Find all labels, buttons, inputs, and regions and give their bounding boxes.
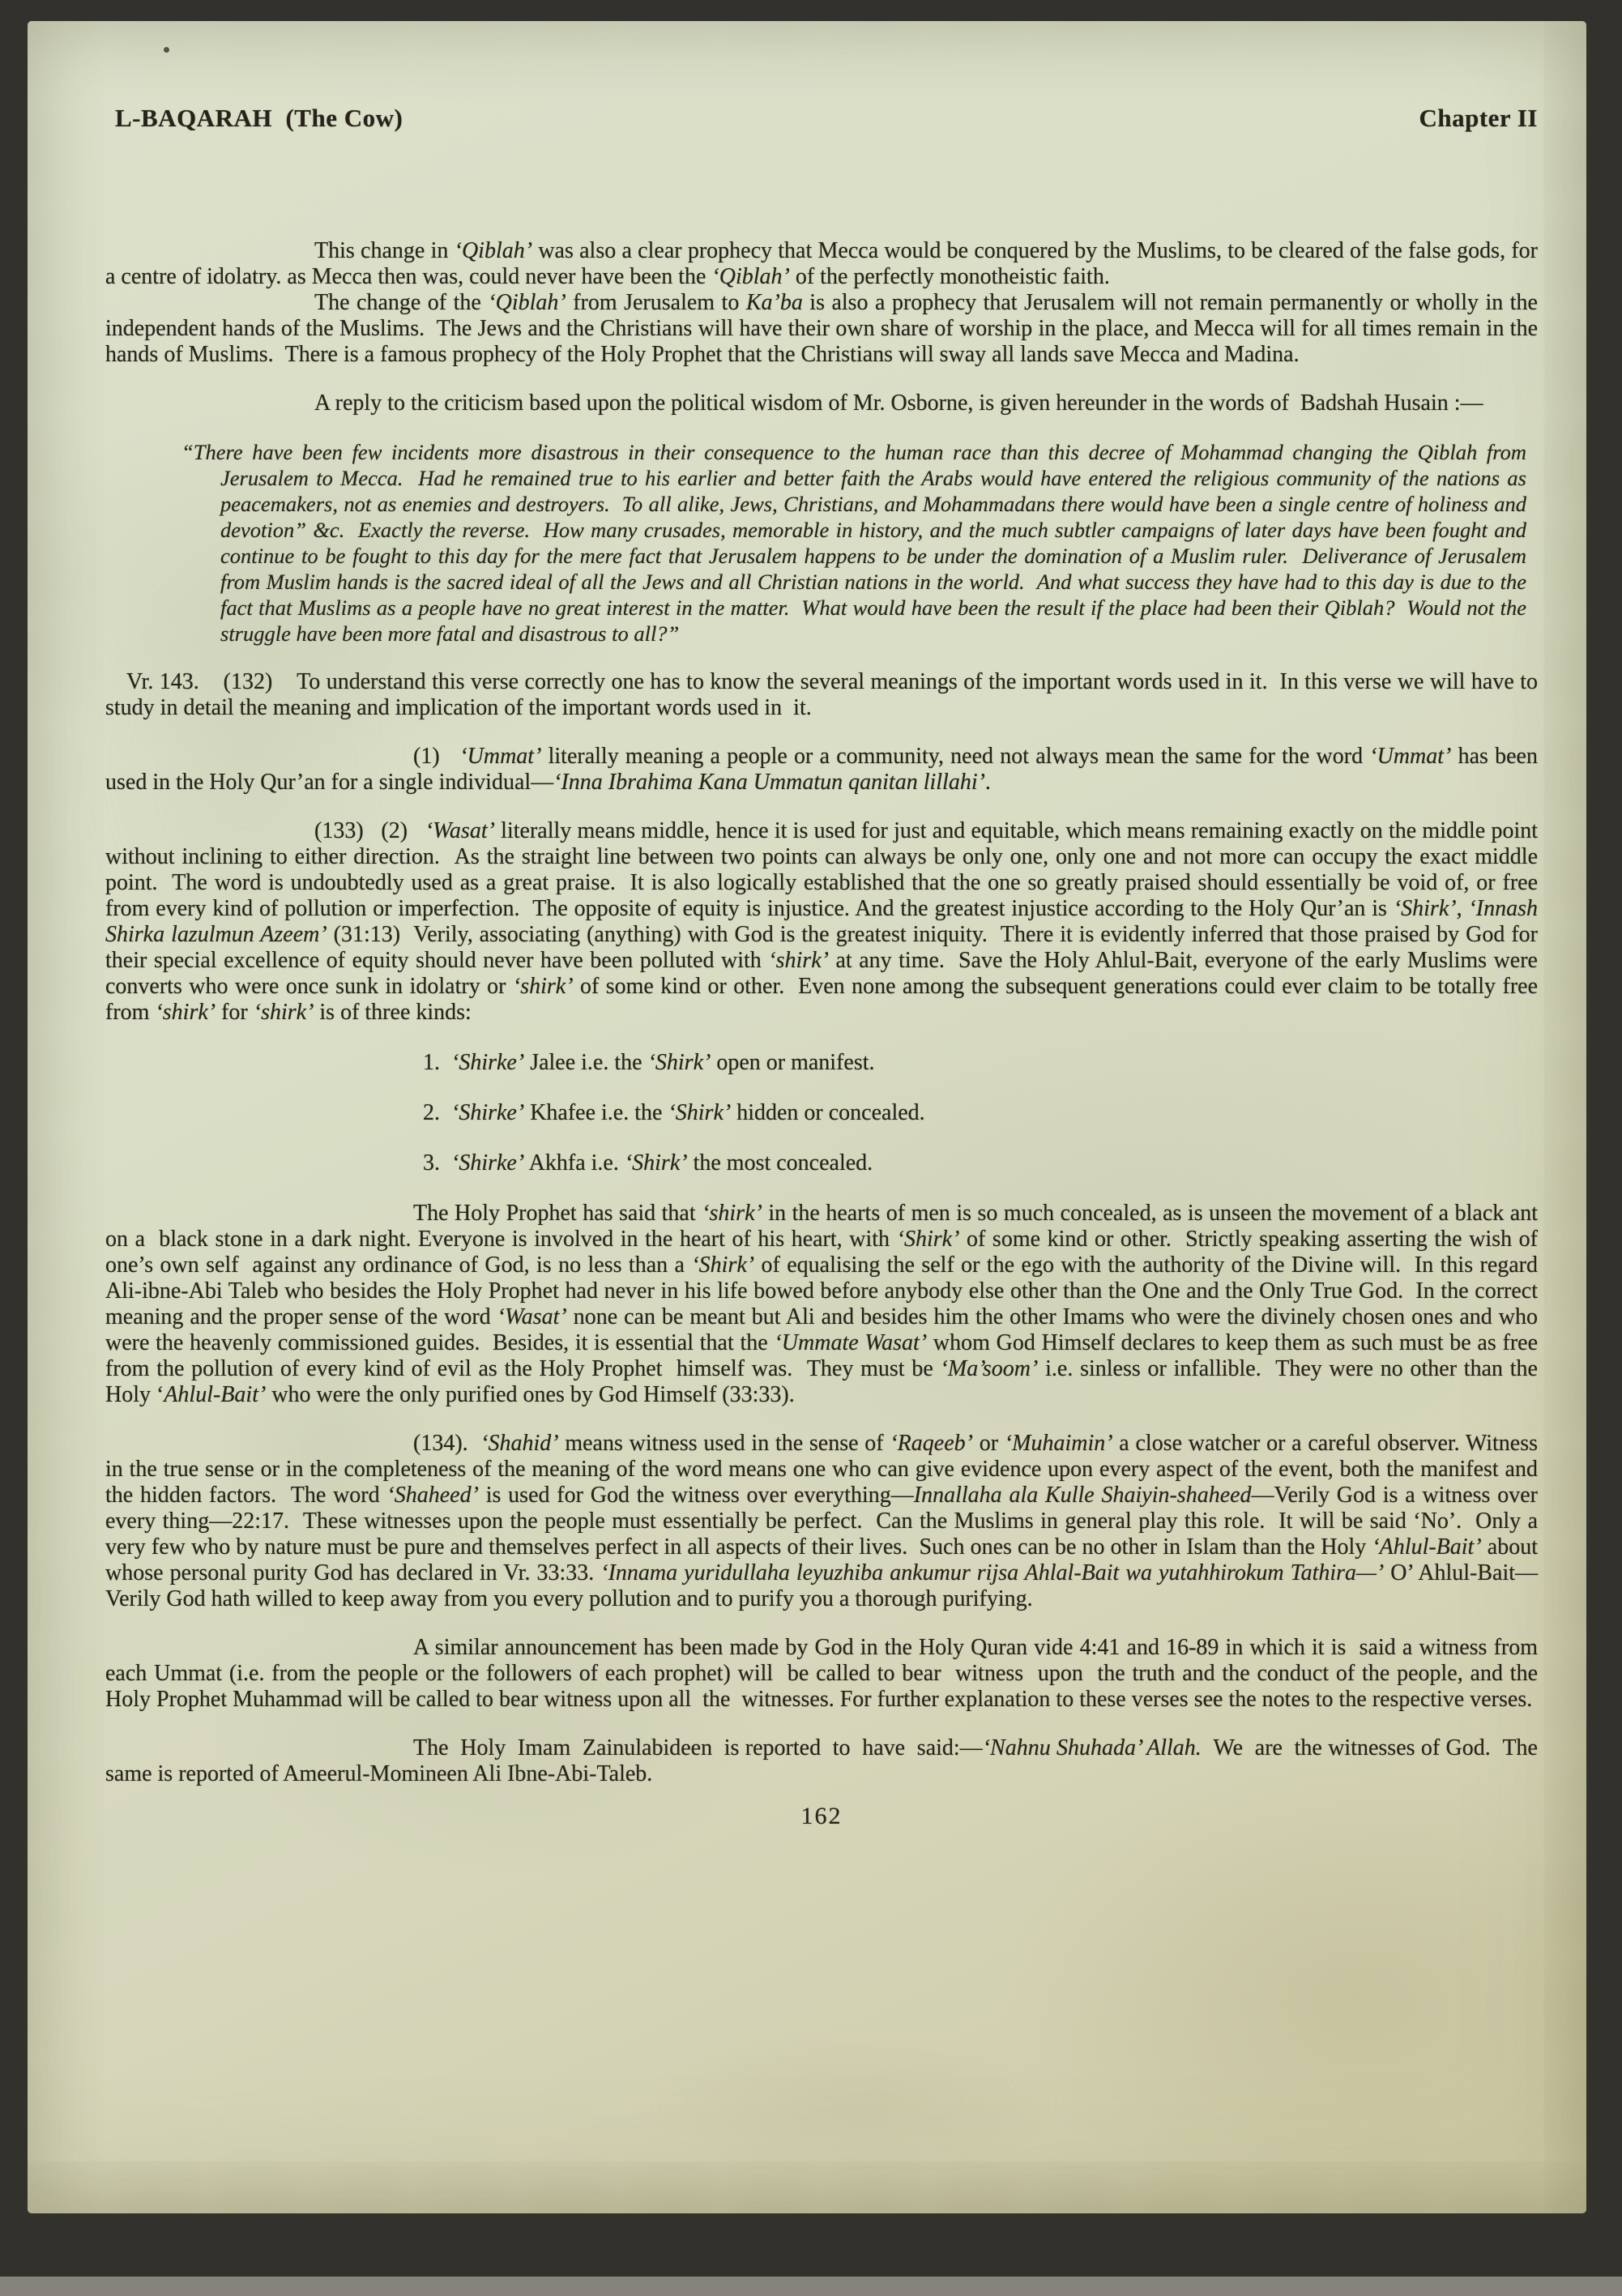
paragraph-vr-143: Vr. 143. (132) To understand this verse … xyxy=(105,669,1538,721)
paragraph-qiblah-prophecy: This change in ‘Qiblah’ was also a clear… xyxy=(105,238,1538,290)
list-item-shirke-khafee: 2. ‘Shirke’ Khafee i.e. the ‘Shirk’ hidd… xyxy=(423,1100,1538,1126)
list-item-shirke-jalee: 1. ‘Shirke’ Jalee i.e. the ‘Shirk’ open … xyxy=(423,1050,1538,1076)
paragraph-holy-prophet-shirk: The Holy Prophet has said that ‘shirk’ i… xyxy=(105,1201,1538,1408)
bleed-through-smudge xyxy=(643,2030,1065,2176)
running-head-chapter: Chapter II xyxy=(1419,105,1538,131)
running-header: L-BAQARAH (The Cow) Chapter II xyxy=(105,105,1538,131)
paragraph-reply-osborne: A reply to the criticism based upon the … xyxy=(105,390,1538,416)
list-item-shirke-akhfa: 3. ‘Shirke’ Akhfa i.e. ‘Shirk’ the most … xyxy=(423,1150,1538,1176)
page-number: 162 xyxy=(105,1803,1538,1829)
scan-background: { "page": { "header": { "left": "L-BAQAR… xyxy=(0,0,1622,2296)
paragraph-qiblah-change: The change of the ‘Qiblah’ from Jerusale… xyxy=(105,290,1538,368)
shirk-kinds-list: 1. ‘Shirke’ Jalee i.e. the ‘Shirk’ open … xyxy=(423,1050,1538,1176)
paragraph-shahid: (134). ‘Shahid’ means witness used in th… xyxy=(105,1431,1538,1612)
page-content: L-BAQARAH (The Cow) Chapter II This chan… xyxy=(105,21,1538,1854)
paragraph-similar-announcement: A similar announcement has been made by … xyxy=(105,1635,1538,1713)
blockquote-badshah-husain: “There have been few incidents more disa… xyxy=(220,439,1526,647)
paragraph-ummat: (1) ‘Ummat’ literally meaning a people o… xyxy=(105,744,1538,796)
scanner-bed-edge xyxy=(0,2277,1622,2296)
paragraph-wasat: (133) (2) ‘Wasat’ literally means middle… xyxy=(105,818,1538,1026)
paragraph-imam-zainulabideen: The Holy Imam Zainulabideen is reported … xyxy=(105,1735,1538,1787)
book-page: L-BAQARAH (The Cow) Chapter II This chan… xyxy=(28,21,1586,2213)
running-head-title: L-BAQARAH (The Cow) xyxy=(115,105,403,131)
